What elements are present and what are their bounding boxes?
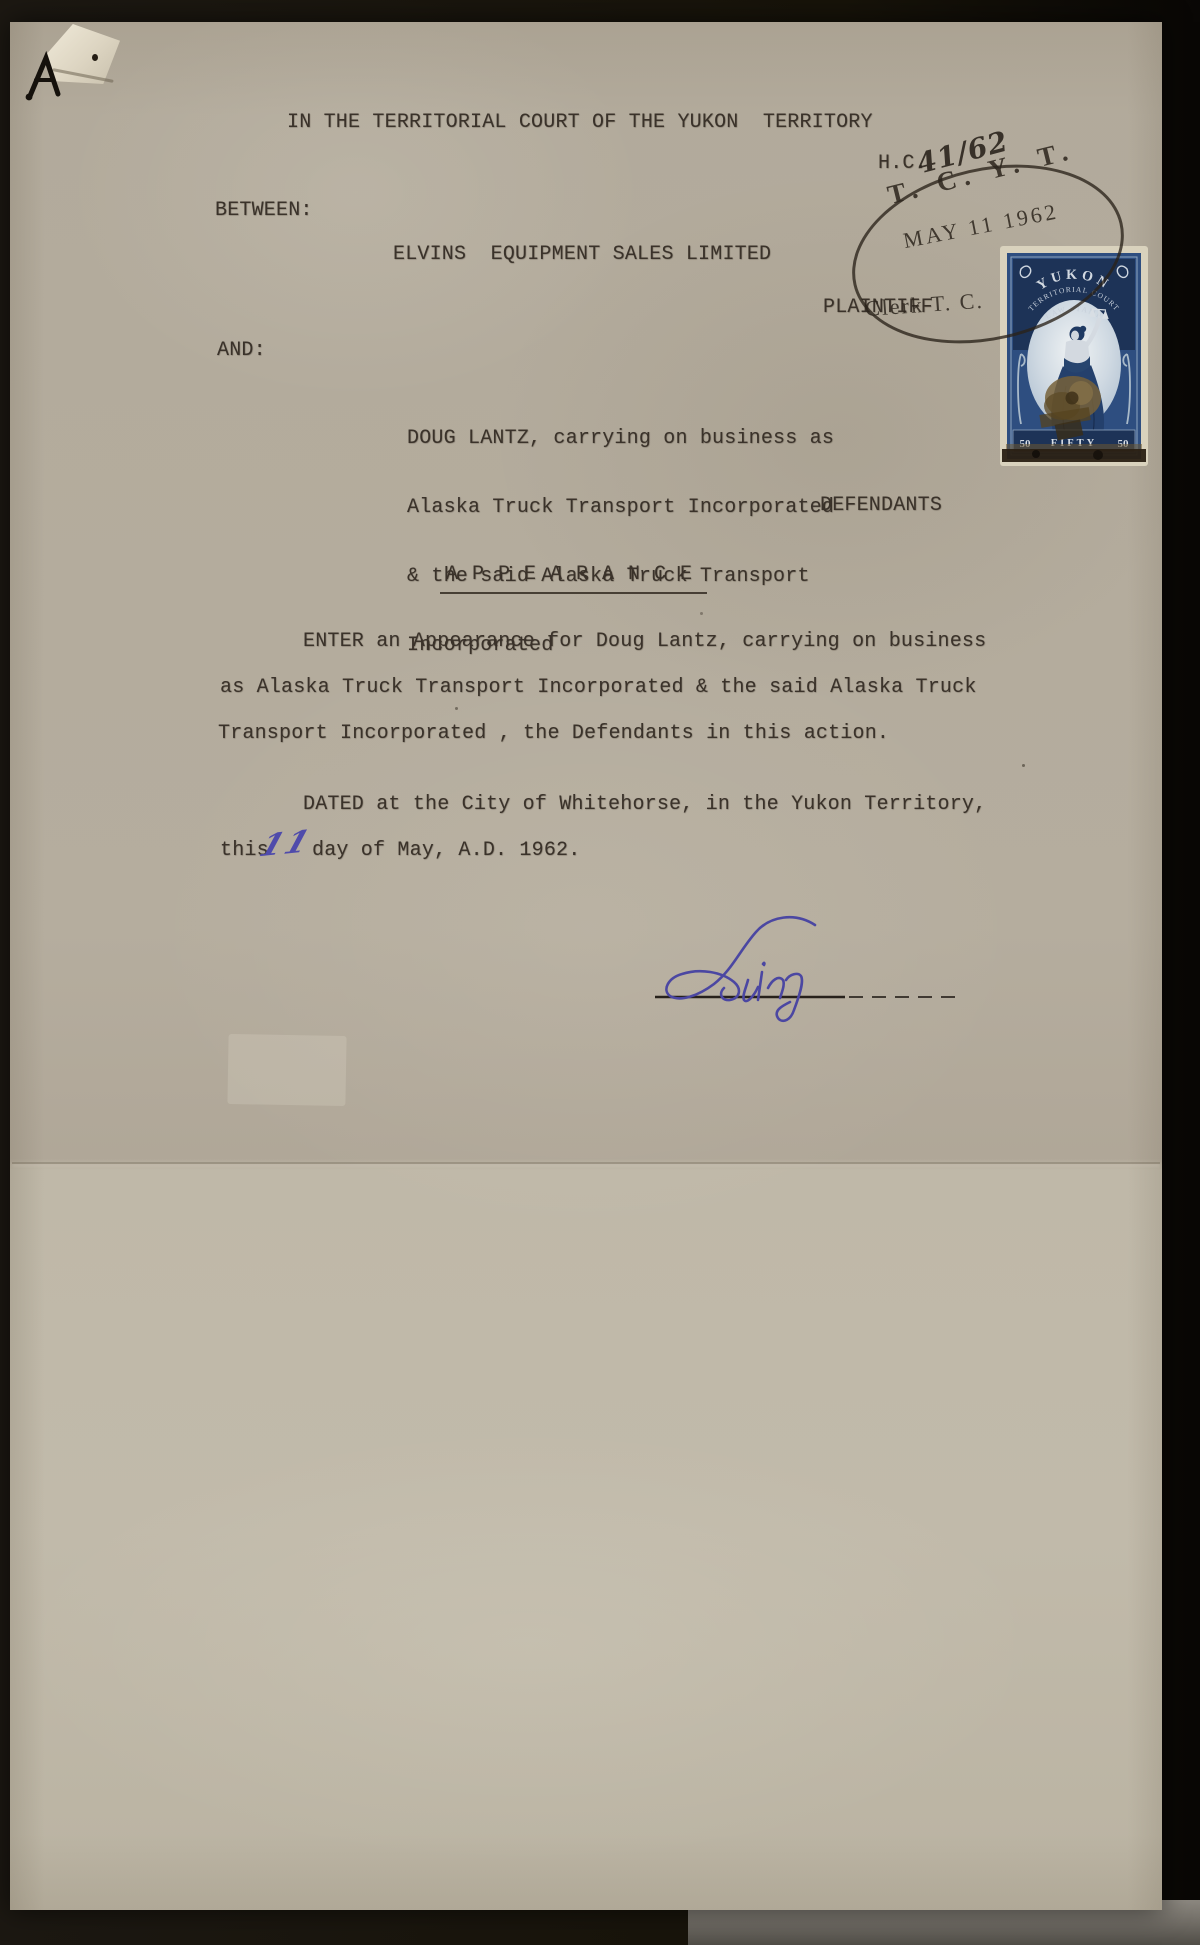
paper-light-patch: [227, 1034, 346, 1106]
defendant-name-block: DOUG LANTZ, carrying on business as Alas…: [407, 381, 834, 703]
paper-speck: [455, 707, 458, 710]
plaintiff-name: ELVINS EQUIPMENT SALES LIMITED: [393, 244, 771, 266]
document-content: IN THE TERRITORIAL COURT OF THE YUKON TE…: [0, 0, 1200, 1945]
paper-speck: [92, 54, 98, 61]
body-paragraph-line: Transport Incorporated , the Defendants …: [218, 723, 889, 745]
dated-line-suffix: day of May, A.D. 1962.: [312, 840, 580, 862]
defendants-role: DEFENDANTS: [820, 495, 942, 517]
signature-block: G King: [610, 910, 990, 1030]
photo-background: IN THE TERRITORIAL COURT OF THE YUKON TE…: [0, 0, 1200, 1945]
court-title: IN THE TERRITORIAL COURT OF THE YUKON TE…: [287, 112, 873, 134]
fold-crease: [12, 1162, 1160, 1164]
handwritten-day: 11: [255, 824, 316, 865]
and-label: AND:: [217, 340, 266, 362]
between-label: BETWEEN:: [215, 200, 313, 222]
defendant-name-line: DOUG LANTZ, carrying on business as: [407, 427, 834, 450]
paper-speck: [1022, 764, 1025, 767]
ink-scribble: [20, 50, 80, 102]
appearance-heading: A P P E A R A N C E: [440, 564, 707, 594]
body-paragraph-line: as Alaska Truck Transport Incorporated &…: [220, 677, 977, 699]
signature-handwriting: [610, 910, 990, 1030]
court-date-stamp: T. C. Y. T. MAY 11 1962 Clerk T. C.: [850, 168, 1126, 340]
body-paragraph-line: ENTER an Appearance for Doug Lantz, carr…: [303, 631, 986, 653]
dated-line: DATED at the City of Whitehorse, in the …: [303, 794, 986, 816]
defendant-name-line: Alaska Truck Transport Incorporated: [407, 496, 834, 519]
signature-ink: [666, 917, 815, 1021]
